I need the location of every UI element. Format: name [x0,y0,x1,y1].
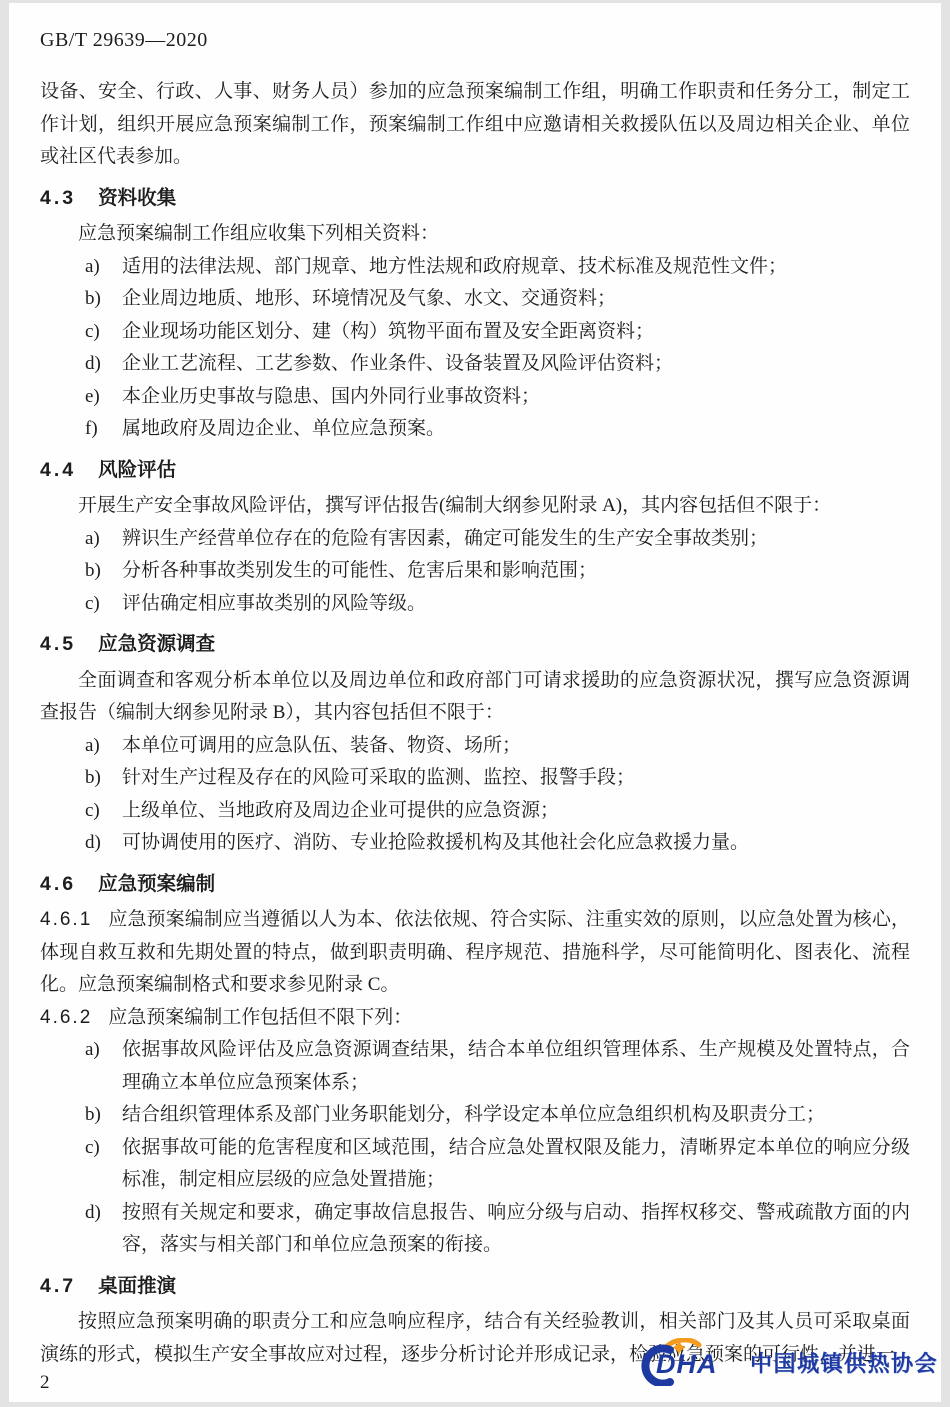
list-item-letter: c) [85,588,122,621]
list-item-text: 可协调使用的医疗、消防、专业抢险救援机构及其他社会化应急救援力量。 [122,827,910,860]
section-number: 4.5 [40,628,76,661]
list-item-text: 本单位可调用的应急队伍、装备、物资、场所； [122,730,910,763]
section-4-5-list: a) 本单位可调用的应急队伍、装备、物资、场所； b) 针对生产过程及存在的风险… [40,730,910,860]
list-item: a) 适用的法律法规、部门规章、地方性法规和政府规章、技术标准及规范性文件； [85,251,910,284]
list-item: d) 按照有关规定和要求，确定事故信息报告、响应分级与启动、指挥权移交、警戒疏散… [85,1197,910,1262]
list-item: b) 针对生产过程及存在的风险可采取的监测、监控、报警手段； [85,762,910,795]
document-page: GB/T 29639—2020 设备、安全、行政、人事、财务人员）参加的应急预案… [9,3,941,1402]
list-item: e) 本企业历史事故与隐患、国内外同行业事故资料； [85,381,910,414]
list-item: b) 企业周边地质、地形、环境情况及气象、水文、交通资料； [85,283,910,316]
section-title: 资料收集 [98,182,176,215]
list-item-text: 针对生产过程及存在的风险可采取的监测、监控、报警手段； [122,762,910,795]
list-item-text: 企业工艺流程、工艺参数、作业条件、设备装置及风险评估资料； [122,348,910,381]
list-item: f) 属地政府及周边企业、单位应急预案。 [85,413,910,446]
section-title: 桌面推演 [98,1270,176,1303]
list-item-text: 企业现场功能区划分、建（构）筑物平面布置及安全距离资料； [122,316,910,349]
section-title: 应急资源调查 [98,628,215,661]
list-item-text: 辨识生产经营单位存在的危险有害因素，确定可能发生的生产安全事故类别； [122,523,910,556]
list-item-letter: b) [85,762,122,795]
logo-name: 中国城镇供热协会 [750,1347,938,1378]
list-item-letter: b) [85,1099,122,1132]
section-number: 4.7 [40,1270,76,1303]
section-4-6-list: a) 依据事故风险评估及应急资源调查结果，结合本单位组织管理体系、生产规模及处置… [40,1034,910,1262]
list-item-text: 本企业历史事故与隐患、国内外同行业事故资料； [122,381,910,414]
section-heading-4-6: 4.6 应急预案编制 [40,868,910,901]
list-item: b) 结合组织管理体系及部门业务职能划分，科学设定本单位应急组织机构及职责分工； [85,1099,910,1132]
section-heading-4-5: 4.5 应急资源调查 [40,628,910,661]
clause-4-6-1: 4.6.1应急预案编制应当遵循以人为本、依法依规、符合实际、注重实效的原则，以应… [40,904,910,1002]
section-number: 4.6 [40,868,76,901]
list-item: a) 辨识生产经营单位存在的危险有害因素，确定可能发生的生产安全事故类别； [85,523,910,556]
list-item-letter: d) [85,348,122,381]
section-title: 风险评估 [98,454,176,487]
list-item-letter: a) [85,730,122,763]
clause-text: 应急预案编制工作包括但不限下列： [108,1007,412,1028]
list-item: c) 评估确定相应事故类别的风险等级。 [85,588,910,621]
cdha-logo: DHA 中国城镇供热协会 [632,1338,938,1386]
list-item-letter: a) [85,1034,122,1099]
list-item: c) 企业现场功能区划分、建（构）筑物平面布置及安全距离资料； [85,316,910,349]
list-item: d) 可协调使用的医疗、消防、专业抢险救援机构及其他社会化应急救援力量。 [85,827,910,860]
section-number: 4.3 [40,182,76,215]
logo-abbr: DHA [656,1349,718,1380]
list-item-text: 分析各种事故类别发生的可能性、危害后果和影响范围； [122,555,910,588]
list-item-letter: d) [85,1197,122,1262]
section-heading-4-3: 4.3 资料收集 [40,182,910,215]
list-item-text: 按照有关规定和要求，确定事故信息报告、响应分级与启动、指挥权移交、警戒疏散方面的… [122,1197,910,1262]
list-item-text: 属地政府及周边企业、单位应急预案。 [122,413,910,446]
clause-number: 4.6.2 [40,1007,92,1028]
page-number: 2 [40,1372,50,1394]
section-heading-4-7: 4.7 桌面推演 [40,1270,910,1303]
list-item-text: 上级单位、当地政府及周边企业可提供的应急资源； [122,795,910,828]
continuation-paragraph: 设备、安全、行政、人事、财务人员）参加的应急预案编制工作组，明确工作职责和任务分… [40,76,910,174]
clause-text: 应急预案编制应当遵循以人为本、依法依规、符合实际、注重实效的原则，以应急处置为核… [40,909,910,995]
section-4-3-lead: 应急预案编制工作组应收集下列相关资料： [40,218,910,251]
standard-number: GB/T 29639—2020 [40,29,910,52]
list-item-text: 适用的法律法规、部门规章、地方性法规和政府规章、技术标准及规范性文件； [122,251,910,284]
list-item: c) 依据事故可能的危害程度和区域范围，结合应急处置权限及能力，清晰界定本单位的… [85,1132,910,1197]
cdha-logo-mark: DHA [632,1338,748,1386]
list-item-letter: b) [85,555,122,588]
list-item-text: 结合组织管理体系及部门业务职能划分，科学设定本单位应急组织机构及职责分工； [122,1099,910,1132]
list-item: a) 依据事故风险评估及应急资源调查结果，结合本单位组织管理体系、生产规模及处置… [85,1034,910,1099]
section-4-3-list: a) 适用的法律法规、部门规章、地方性法规和政府规章、技术标准及规范性文件； b… [40,251,910,446]
list-item-text: 依据事故风险评估及应急资源调查结果，结合本单位组织管理体系、生产规模及处置特点，… [122,1034,910,1099]
list-item-letter: e) [85,381,122,414]
list-item-text: 依据事故可能的危害程度和区域范围，结合应急处置权限及能力，清晰界定本单位的响应分… [122,1132,910,1197]
section-4-4-list: a) 辨识生产经营单位存在的危险有害因素，确定可能发生的生产安全事故类别； b)… [40,523,910,621]
section-heading-4-4: 4.4 风险评估 [40,454,910,487]
clause-4-6-2: 4.6.2应急预案编制工作包括但不限下列： [40,1002,910,1035]
list-item: c) 上级单位、当地政府及周边企业可提供的应急资源； [85,795,910,828]
list-item-text: 企业周边地质、地形、环境情况及气象、水文、交通资料； [122,283,910,316]
section-title: 应急预案编制 [98,868,215,901]
section-number: 4.4 [40,454,76,487]
clause-number: 4.6.1 [40,909,92,930]
list-item: a) 本单位可调用的应急队伍、装备、物资、场所； [85,730,910,763]
list-item-letter: c) [85,316,122,349]
list-item: b) 分析各种事故类别发生的可能性、危害后果和影响范围； [85,555,910,588]
list-item-letter: b) [85,283,122,316]
list-item-letter: c) [85,795,122,828]
list-item-text: 评估确定相应事故类别的风险等级。 [122,588,910,621]
section-4-5-lead: 全面调查和客观分析本单位以及周边单位和政府部门可请求援助的应急资源状况，撰写应急… [40,665,910,730]
section-4-4-lead: 开展生产安全事故风险评估，撰写评估报告(编制大纲参见附录 A)，其内容包括但不限… [40,490,910,523]
list-item: d) 企业工艺流程、工艺参数、作业条件、设备装置及风险评估资料； [85,348,910,381]
list-item-letter: d) [85,827,122,860]
list-item-letter: f) [85,413,122,446]
list-item-letter: a) [85,251,122,284]
list-item-letter: c) [85,1132,122,1197]
list-item-letter: a) [85,523,122,556]
